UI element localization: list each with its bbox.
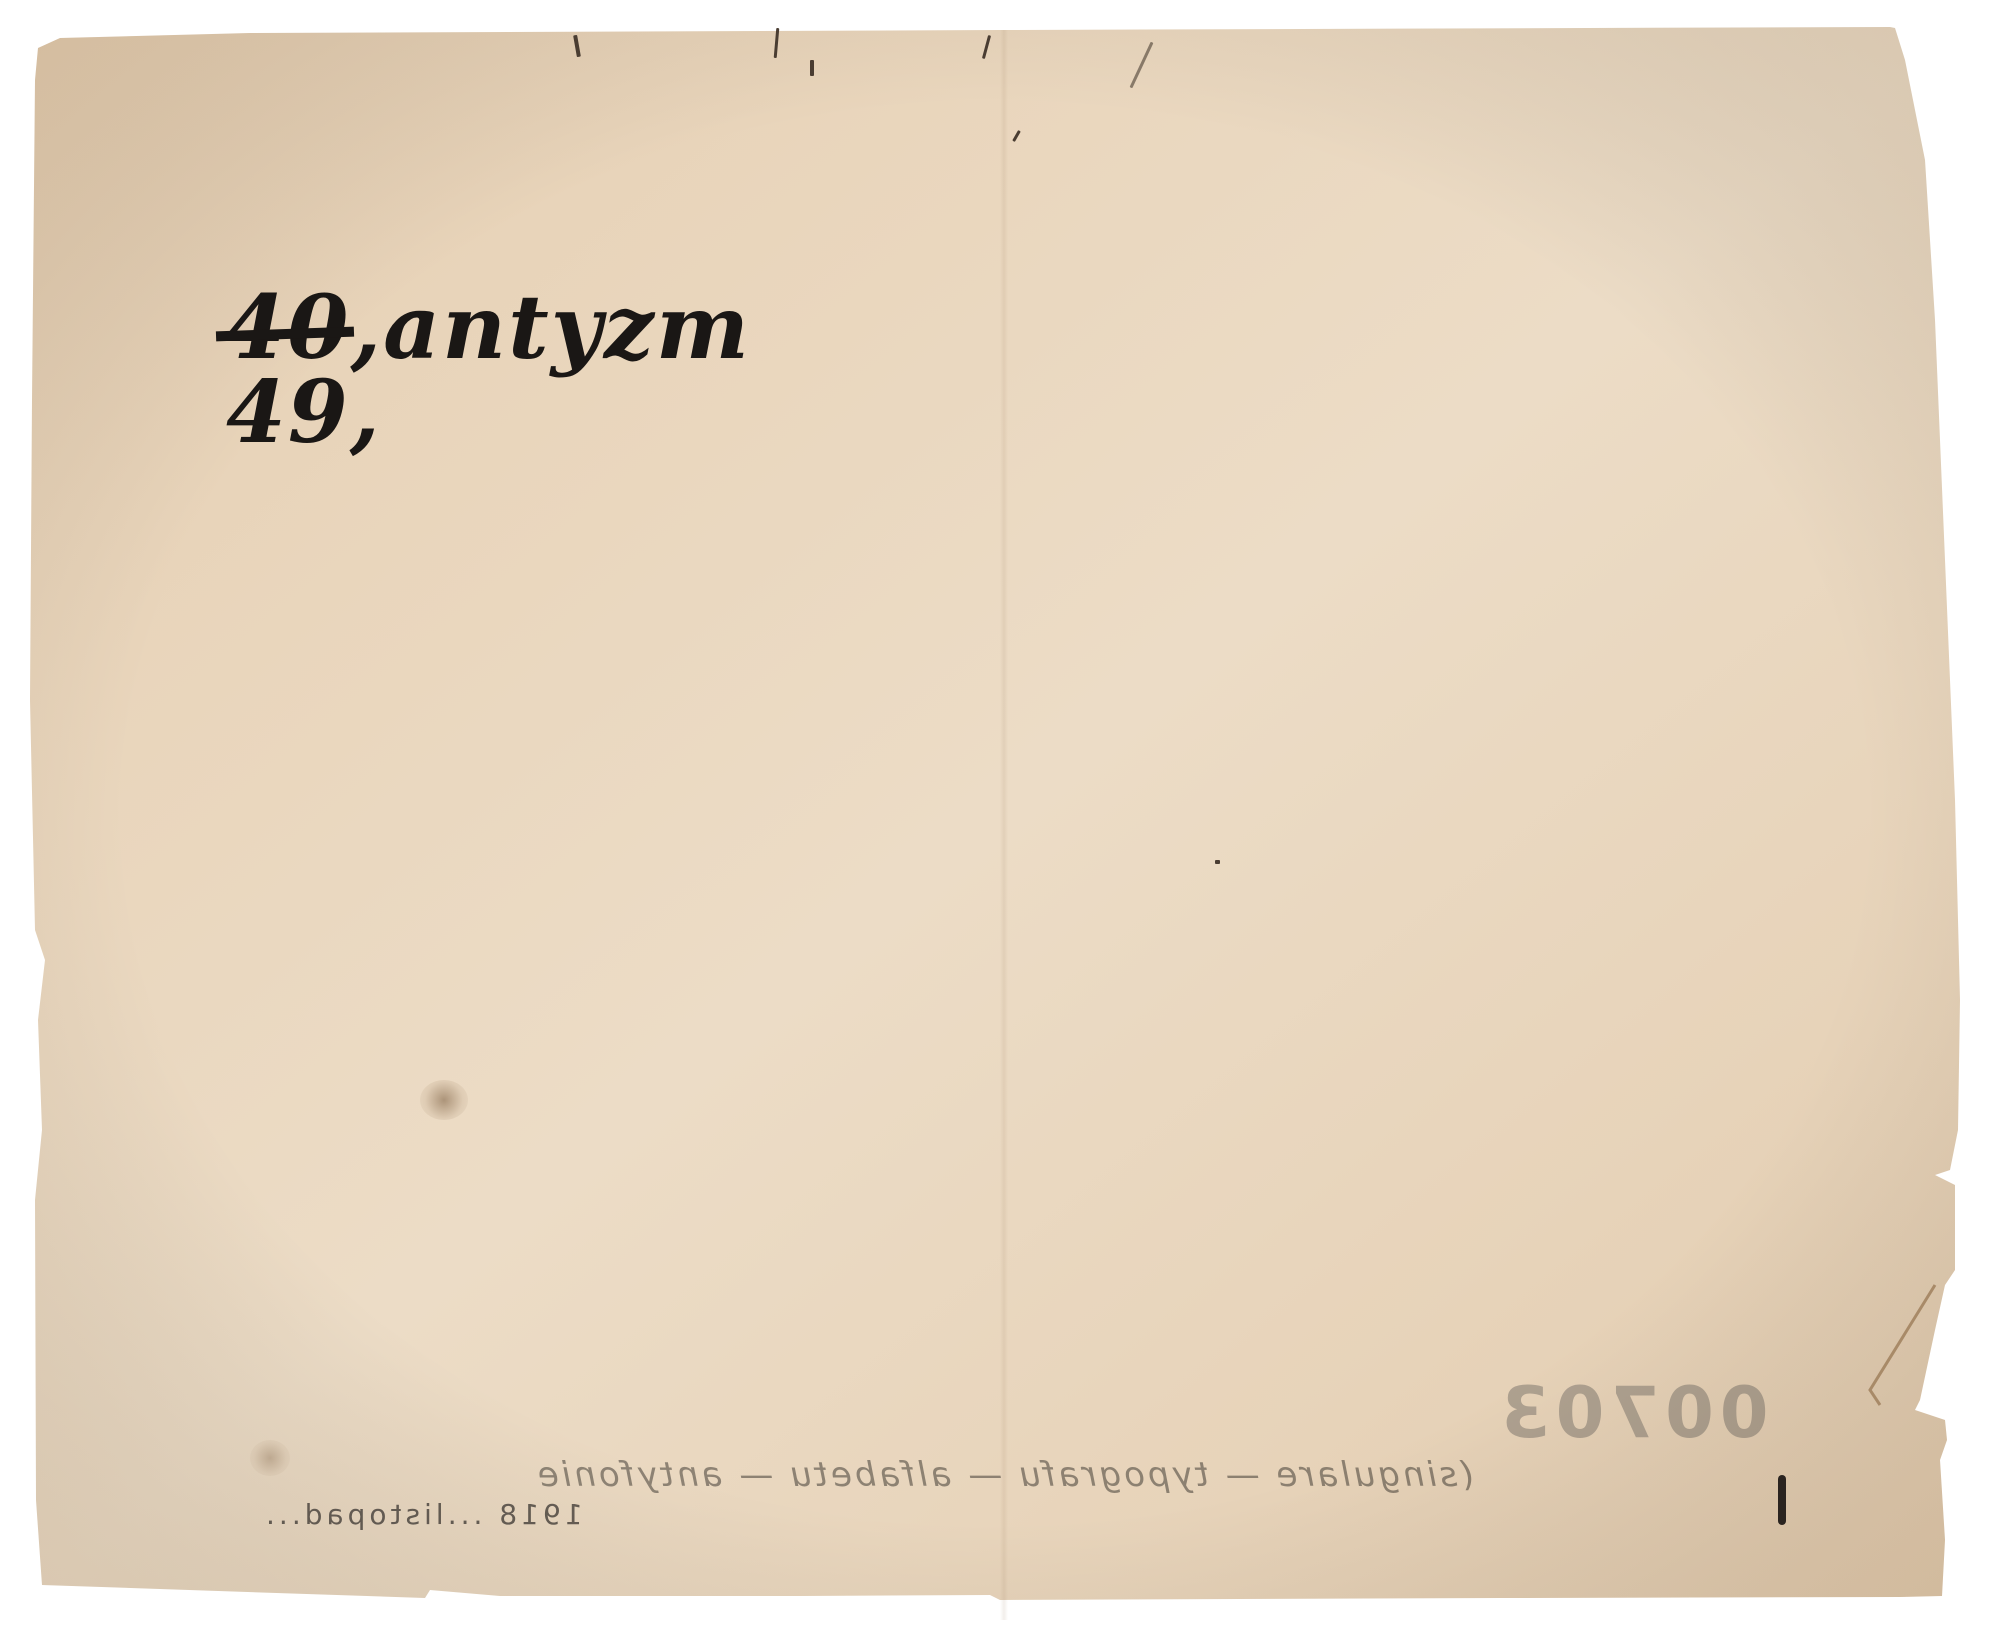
inscription-line-1: 40,antyzm bbox=[224, 283, 751, 371]
ink-bracket-mark bbox=[1778, 1475, 1786, 1525]
center-fold bbox=[1000, 30, 1008, 1620]
bleed-through-line-2: 1918 ...listopad... bbox=[262, 1498, 583, 1531]
ink-speck bbox=[1215, 860, 1220, 864]
bleed-through-line-1: (singulare — typografu — alfabetu — anty… bbox=[535, 1455, 1474, 1495]
paper-vignette bbox=[30, 27, 1960, 1600]
struck-number: 40 bbox=[224, 283, 350, 371]
stain bbox=[420, 1080, 468, 1120]
inscription-line-2: 49, bbox=[226, 370, 382, 456]
corrected-number: 49 bbox=[226, 362, 350, 463]
stain bbox=[250, 1440, 290, 1476]
inscription-word: antyzm bbox=[383, 275, 751, 379]
corrected-suffix: , bbox=[350, 362, 382, 463]
ink-speck bbox=[810, 60, 814, 76]
paper-sheet: 40,antyzm 49, 00703 (singulare — typogra… bbox=[0, 0, 2000, 1637]
bleed-through-catalog-number: 00703 bbox=[1495, 1372, 1769, 1454]
